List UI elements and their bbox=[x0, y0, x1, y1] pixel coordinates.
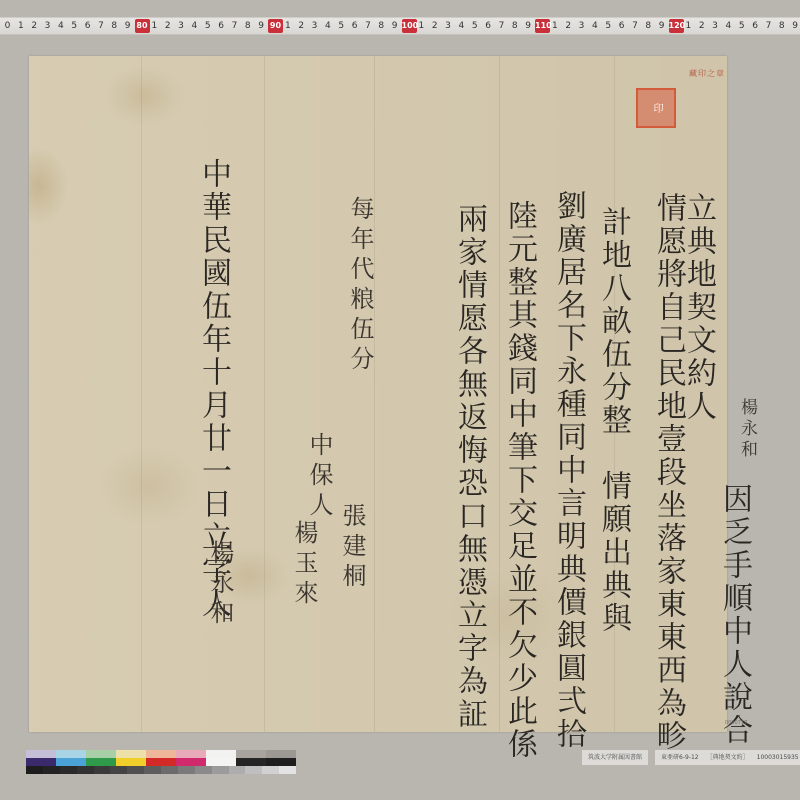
color-swatch bbox=[195, 766, 212, 774]
ruler-tick: 7 bbox=[94, 19, 107, 33]
grayscale-swatch-row bbox=[26, 766, 296, 774]
color-swatch bbox=[86, 758, 116, 766]
ruler-tick: 9 bbox=[388, 19, 401, 33]
contract-line-4: 劉廣居名下永種同中言明典價銀圓弍拾 bbox=[551, 190, 585, 751]
ruler-tick: 5 bbox=[201, 19, 214, 33]
color-swatch-row-light bbox=[26, 750, 296, 758]
ruler-tick: 7 bbox=[628, 19, 641, 33]
color-swatch-row-saturated bbox=[26, 758, 296, 766]
ruler-tick: 6 bbox=[615, 19, 628, 33]
color-swatch bbox=[161, 766, 178, 774]
contract-line-2: 情愿將自己民地壹段坐落家東東西為畛 bbox=[651, 192, 685, 753]
color-swatch bbox=[116, 750, 146, 758]
contract-line-5: 陸元整其錢同中筆下交足並不欠少此係 bbox=[502, 200, 536, 761]
ruler-tick: 9 bbox=[255, 19, 268, 33]
ruler-tick: 5 bbox=[68, 19, 81, 33]
color-swatch bbox=[266, 750, 296, 758]
ruler-tick: 3 bbox=[575, 19, 588, 33]
ruler-tick: 8 bbox=[375, 19, 388, 33]
ruler-tick: 6 bbox=[749, 19, 762, 33]
guarantor-name-1: 張建桐 bbox=[338, 503, 366, 593]
color-swatch bbox=[94, 766, 111, 774]
ruler-tick: 1 bbox=[281, 19, 294, 33]
ruler-tick: 3 bbox=[709, 19, 722, 33]
library-label: 筑波大学附属図書館 bbox=[582, 750, 648, 765]
color-swatch bbox=[245, 766, 262, 774]
color-swatch bbox=[266, 758, 296, 766]
color-swatch bbox=[236, 758, 266, 766]
ruler-tick: 8 bbox=[642, 19, 655, 33]
ruler-tick: 1 bbox=[682, 19, 695, 33]
fold-line bbox=[141, 56, 142, 732]
call-number: 東亜研6-9-12 bbox=[661, 754, 699, 761]
color-swatch bbox=[26, 758, 56, 766]
color-swatch bbox=[144, 766, 161, 774]
catalog-label: 東亜研6-9-12［典地契文約］10003015935 bbox=[655, 750, 800, 765]
ruler-tick: 5 bbox=[468, 19, 481, 33]
ruler-tick: 2 bbox=[428, 19, 441, 33]
color-swatch bbox=[56, 758, 86, 766]
color-swatch bbox=[86, 750, 116, 758]
ruler-tick: 7 bbox=[228, 19, 241, 33]
ruler-tick: 6 bbox=[81, 19, 94, 33]
color-swatch bbox=[116, 758, 146, 766]
ruler-tick: 4 bbox=[54, 19, 67, 33]
ruler-tick: 3 bbox=[308, 19, 321, 33]
ruler-tick: 8 bbox=[108, 19, 121, 33]
ruler-tick: 4 bbox=[321, 19, 334, 33]
ruler-tick: 1 bbox=[14, 19, 27, 33]
color-swatch bbox=[56, 750, 86, 758]
color-swatch bbox=[206, 750, 236, 758]
ruler-tick: 4 bbox=[722, 19, 735, 33]
fold-line bbox=[264, 56, 265, 732]
color-swatch bbox=[176, 750, 206, 758]
color-swatch bbox=[77, 766, 94, 774]
ruler-tick: 6 bbox=[482, 19, 495, 33]
color-swatch bbox=[146, 750, 176, 758]
annual-tax-note: 每年代粮伍分 bbox=[346, 196, 374, 376]
ruler-tick: 2 bbox=[695, 19, 708, 33]
ruler-tick: 0 bbox=[1, 19, 14, 33]
color-swatch bbox=[212, 766, 229, 774]
red-seal-stamp: 印 bbox=[636, 88, 676, 128]
catalog-number-mark: 0000717 bbox=[725, 720, 747, 726]
ruler-tick: 5 bbox=[735, 19, 748, 33]
color-swatch bbox=[146, 758, 176, 766]
ruler-tick: 2 bbox=[562, 19, 575, 33]
collector-seal-mark: 藏印之章 bbox=[689, 68, 725, 79]
fold-line bbox=[499, 56, 500, 732]
color-swatch bbox=[26, 750, 56, 758]
contract-line-6: 兩家情愿各無返悔恐口無憑立字為証 bbox=[452, 203, 486, 731]
ruler-tick: 9 bbox=[789, 19, 800, 33]
ruler-tick: 8 bbox=[508, 19, 521, 33]
document-id: 10003015935 bbox=[757, 754, 799, 761]
guarantor-label: 中保人 bbox=[305, 432, 333, 522]
ruler-tick: 1 bbox=[415, 19, 428, 33]
ruler-tick: 6 bbox=[215, 19, 228, 33]
color-swatch bbox=[127, 766, 144, 774]
fold-line bbox=[374, 56, 375, 732]
ruler-tick: 6 bbox=[348, 19, 361, 33]
color-swatch bbox=[178, 766, 195, 774]
color-swatch bbox=[206, 758, 236, 766]
ruler-tick: 1 bbox=[148, 19, 161, 33]
ruler-tick: 7 bbox=[762, 19, 775, 33]
color-calibration-card bbox=[26, 750, 296, 774]
ruler-tick: 4 bbox=[188, 19, 201, 33]
color-swatch bbox=[26, 766, 43, 774]
ruler-tick: 9 bbox=[655, 19, 668, 33]
signer-name: 楊永和 bbox=[206, 540, 234, 630]
ruler-tick: 9 bbox=[522, 19, 535, 33]
ruler-tick: 1 bbox=[548, 19, 561, 33]
ruler-tick: 8 bbox=[241, 19, 254, 33]
party-name: 楊永和 bbox=[737, 398, 757, 461]
contract-line-1-cont: 因乏手順中人說合 bbox=[717, 483, 751, 747]
color-swatch bbox=[110, 766, 127, 774]
contract-line-1: 立典地契文約人 bbox=[681, 192, 715, 423]
ruler-tick: 7 bbox=[495, 19, 508, 33]
ruler-tick: 3 bbox=[442, 19, 455, 33]
ruler-tick: 2 bbox=[295, 19, 308, 33]
color-swatch bbox=[43, 766, 60, 774]
color-swatch bbox=[236, 750, 266, 758]
ruler-tick: 2 bbox=[28, 19, 41, 33]
ruler-tick: 4 bbox=[455, 19, 468, 33]
ruler-tick: 3 bbox=[41, 19, 54, 33]
ruler-tick: 9 bbox=[121, 19, 134, 33]
ruler-tick: 5 bbox=[602, 19, 615, 33]
ruler-tick: 5 bbox=[335, 19, 348, 33]
document-title: ［典地契文約］ bbox=[707, 754, 749, 761]
color-swatch bbox=[262, 766, 279, 774]
color-swatch bbox=[279, 766, 296, 774]
ruler-tick: 8 bbox=[775, 19, 788, 33]
ruler-tick: 4 bbox=[588, 19, 601, 33]
ruler-tick: 7 bbox=[361, 19, 374, 33]
measurement-ruler: 0123456789801234567899012345678910012345… bbox=[0, 17, 800, 35]
guarantor-name-2: 楊玉來 bbox=[290, 520, 318, 610]
ruler-tick: 3 bbox=[175, 19, 188, 33]
contract-line-3: 計地八畝伍分整 情願出典與 bbox=[596, 206, 630, 635]
color-swatch bbox=[60, 766, 77, 774]
ruler-tick: 2 bbox=[161, 19, 174, 33]
color-swatch bbox=[176, 758, 206, 766]
color-swatch bbox=[229, 766, 246, 774]
